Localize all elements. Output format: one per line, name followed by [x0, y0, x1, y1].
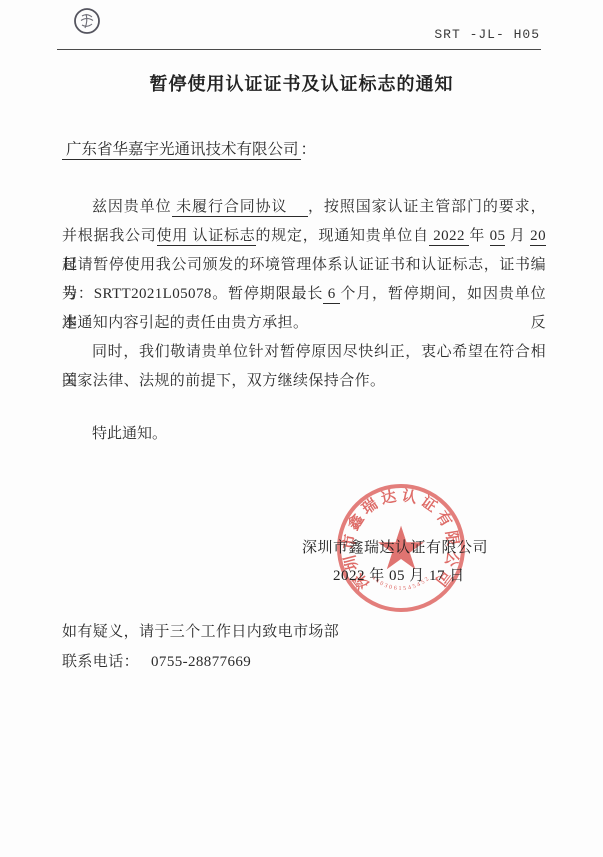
closing-phrase: 特此通知。 [62, 420, 167, 449]
page-title: 暂停使用认证证书及认证标志的通知 [0, 70, 603, 96]
body-text: 国家法律、法规的前提下，双方继续保持合作。 [62, 373, 385, 389]
body-text: 的规定，现通知贵单位自 [256, 228, 429, 244]
body-text: 年 [469, 228, 489, 244]
header-divider [57, 49, 541, 50]
phone-label: 联系电话： [62, 654, 139, 670]
document-code: SRT -JL- H05 [340, 27, 540, 42]
body-line: 兹因贵单位 未履行合同协议 ，按照国家认证主管部门的要求， [62, 193, 546, 222]
underlined-fill-in-text: 未履行合同协议 [172, 199, 309, 217]
underlined-fill-in-text: 2022 [429, 228, 470, 246]
body-line: 起请暂停使用我公司颁发的环境管理体系认证证书和认证标志，证书编号 [62, 251, 546, 280]
body-text: 本通知内容引起的责任由贵方承担。 [62, 315, 308, 331]
signature-company-name: 深圳市鑫瑞达认证有限公司 [302, 536, 488, 557]
body-line: 为：SRTT2021L05078。暂停期限最长 6 个月，暂停期间，如因贵单位违… [62, 280, 546, 309]
underlined-fill-in-text: 20 [530, 228, 546, 246]
scanned-notice-document: { "header": { "doc_code": "SRT -JL- H05"… [0, 0, 603, 857]
body-line: 国家法律、法规的前提下，双方继续保持合作。 [62, 367, 546, 396]
signature-date: 2022 年 05 月 17 日 [333, 564, 465, 585]
recipient-company-name: 广东省华嘉宇光通讯技术有限公司 [62, 141, 301, 160]
underlined-fill-in-text: 6 [323, 286, 340, 304]
body-text: 并根据我公司 [62, 228, 157, 244]
footer-contact-note: 如有疑义，请于三个工作日内致电市场部 [62, 618, 339, 647]
phone-number: 0755-28877669 [151, 654, 251, 670]
body-line: 并根据我公司使用 认证标志的规定，现通知贵单位自 2022 年 05 月 20 … [62, 222, 546, 251]
footer-phone-line: 联系电话：0755-28877669 [62, 648, 251, 677]
body-text: 兹因贵单位 [92, 199, 172, 215]
company-logo-icon [73, 7, 101, 35]
notice-body: 兹因贵单位 未履行合同协议 ，按照国家认证主管部门的要求，并根据我公司使用 认证… [62, 193, 546, 396]
recipient-colon: ： [301, 141, 317, 158]
underlined-fill-in-text: 使用 认证标志 [157, 228, 256, 246]
recipient-line: 广东省华嘉宇光通讯技术有限公司： [62, 137, 316, 159]
body-text: 为：SRTT2021L05078。暂停期限最长 [62, 286, 323, 302]
body-text: ，按照国家认证主管部门的要求， [308, 199, 546, 215]
body-line: 同时，我们敬请贵单位针对暂停原因尽快纠正，衷心希望在符合相关 [62, 338, 546, 367]
body-text: 月 [505, 228, 530, 244]
underlined-fill-in-text: 05 [490, 228, 506, 246]
